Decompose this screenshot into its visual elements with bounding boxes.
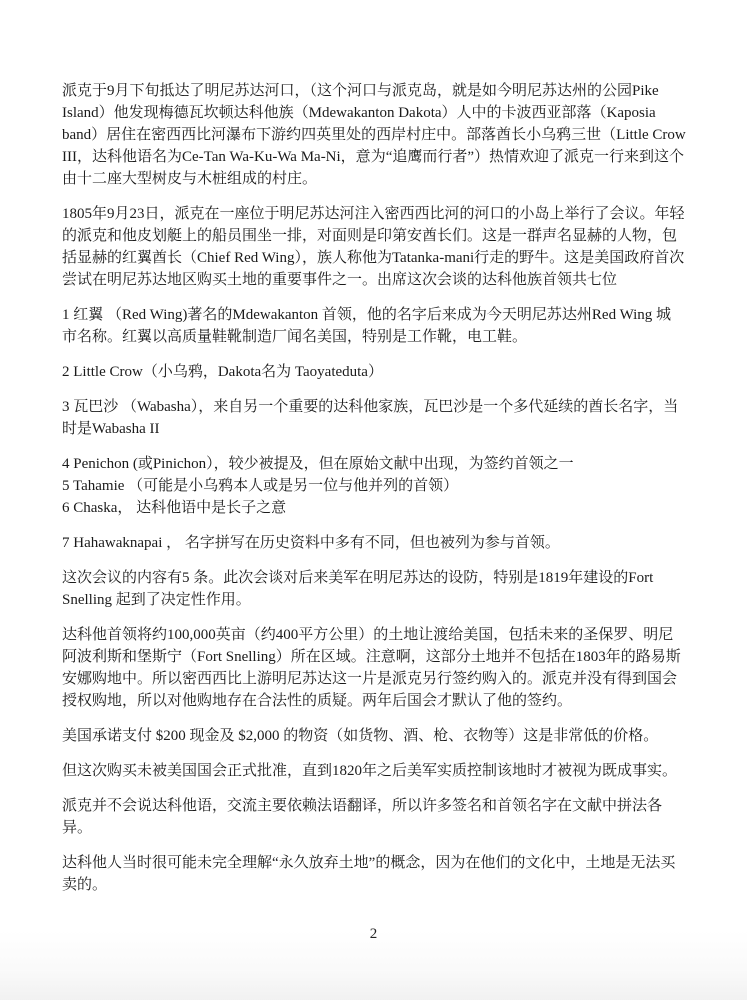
chief-item-tahamie: 5 Tahamie （可能是小乌鸦本人或是另一位与他并列的首领） [62, 475, 686, 497]
paragraph-arrival: 派克于9月下旬抵达了明尼苏达河口，（这个河口与派克岛，就是如今明尼苏达州的公园P… [62, 80, 686, 190]
chief-item-little-crow: 2 Little Crow（小乌鸦，Dakota名为 Taoyateduta） [62, 361, 686, 383]
paragraph-translation: 派克并不会说达科他语，交流主要依赖法语翻译，所以许多签名和首领名字在文献中拼法各… [62, 795, 686, 839]
chief-item-hahawaknapai: 7 Hahawaknapai ， 名字拼写在历史资料中多有不同，但也被列为参与首… [62, 532, 686, 554]
paragraph-land-concept: 达科他人当时很可能未完全理解“永久放弃土地”的概念，因为在他们的文化中，土地是无… [62, 852, 686, 896]
document-body: 派克于9月下旬抵达了明尼苏达河口，（这个河口与派克岛，就是如今明尼苏达州的公园P… [62, 80, 686, 909]
chief-item-penichon: 4 Penichon (或Pinichon），较少被提及，但在原始文献中出现，为… [62, 453, 686, 475]
paragraph-payment: 美国承诺支付 $200 现金及 $2,000 的物资（如货物、酒、枪、衣物等）这… [62, 725, 686, 747]
chief-item-chaska: 6 Chaska， 达科他语中是长子之意 [62, 497, 686, 519]
document-page: 派克于9月下旬抵达了明尼苏达河口，（这个河口与派克岛，就是如今明尼苏达州的公园P… [0, 0, 747, 1000]
paragraph-meeting-content: 这次会议的内容有5 条。此次会谈对后来美军在明尼苏达的设防，特别是1819年建设… [62, 567, 686, 611]
chief-item-red-wing: 1 红翼 （Red Wing)著名的Mdewakanton 首领，他的名字后来成… [62, 304, 686, 348]
page-number: 2 [0, 926, 747, 943]
paragraph-council: 1805年9月23日，派克在一座位于明尼苏达河注入密西西比河的河口的小岛上举行了… [62, 203, 686, 291]
chief-item-wabasha: 3 瓦巴沙 （Wabasha），来自另一个重要的达科他家族，瓦巴沙是一个多代延续… [62, 396, 686, 440]
paragraph-land-cession: 达科他首领将约100,000英亩（约400平方公里）的土地让渡给美国，包括未来的… [62, 624, 686, 712]
paragraph-ratification: 但这次购买未被美国国会正式批准，直到1820年之后美军实质控制该地时才被视为既成… [62, 760, 686, 782]
